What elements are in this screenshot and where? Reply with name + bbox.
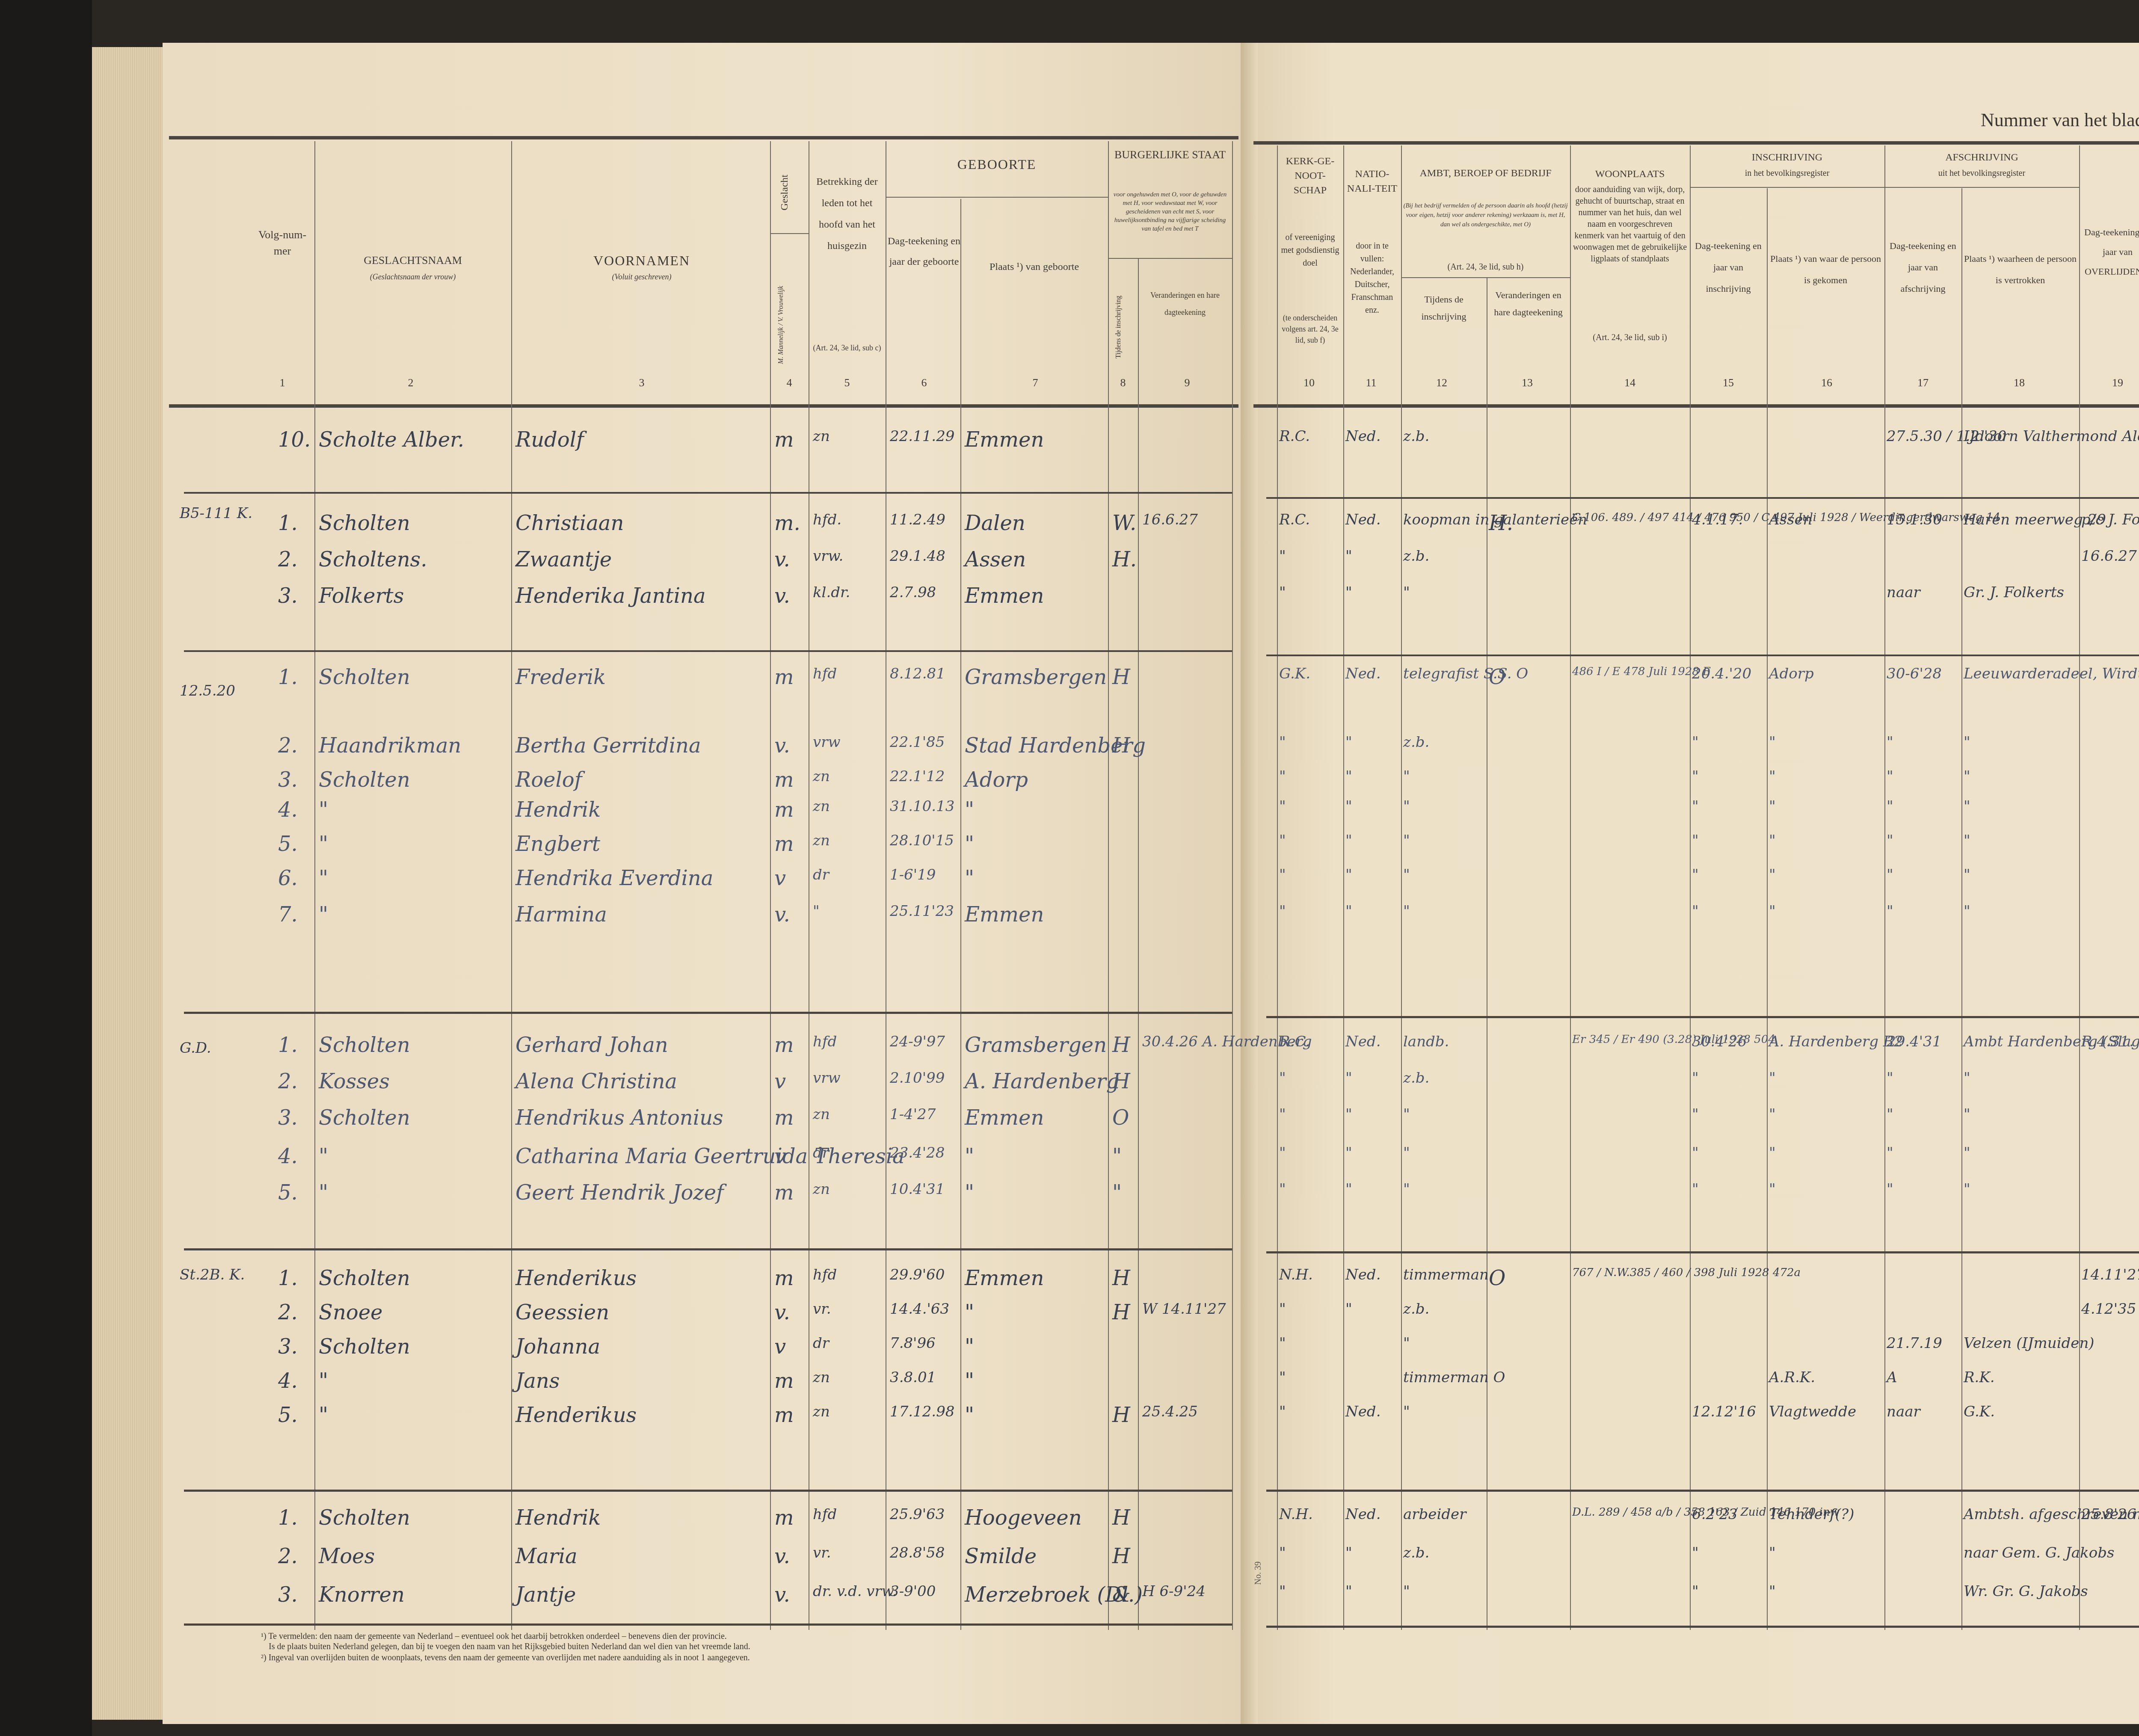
entry-geslacht: v. xyxy=(774,1544,790,1568)
entry-geboorteplaats: Gramsbergen xyxy=(965,665,1107,689)
entry-overleden: 4.12'35 xyxy=(2081,1301,2136,1318)
group-separator xyxy=(1266,1490,2139,1492)
col-number: 11 xyxy=(1363,376,1380,389)
col3-subtitle: (Voluit geschreven) xyxy=(513,269,770,285)
entry-betrekking: zn xyxy=(813,832,830,849)
col-number: 2 xyxy=(402,376,419,389)
entry-voornamen: Harmina xyxy=(515,903,607,927)
entry-geslacht: m xyxy=(774,1266,794,1290)
entry-voornamen: Catharina Maria Geertruida Theresia xyxy=(515,1144,905,1168)
entry-nr: 5. xyxy=(278,1403,298,1427)
group-separator xyxy=(184,1490,1232,1492)
entry-beroep: " xyxy=(1403,1403,1410,1420)
entry-kerk: " xyxy=(1279,903,1286,920)
entry-geslacht: m xyxy=(774,1506,794,1530)
entry-kerk: " xyxy=(1279,1106,1286,1123)
entry-geslacht: v. xyxy=(774,903,790,927)
entry-geboortedatum: 10.4'31 xyxy=(890,1181,945,1198)
afschrijving-header: AFSCHRIJVING xyxy=(1887,150,2077,165)
register-spread: Nummer van het blad Volg-num-mer GESLACH… xyxy=(0,0,2139,1736)
entry-kerk: " xyxy=(1279,1335,1286,1352)
entry-nat: " xyxy=(1345,1544,1352,1561)
entry-overleden: 16.6.27 xyxy=(2081,548,2137,565)
entry-achternaam: " xyxy=(319,1144,328,1168)
entry-geboortedatum: 1-4'27 xyxy=(890,1106,936,1123)
col-divider xyxy=(1487,278,1487,1630)
entry-inschr-plaats: " xyxy=(1769,866,1776,883)
entry-geslacht: v xyxy=(774,866,786,890)
entry-afschr-plaats: G.K. xyxy=(1964,1403,1995,1420)
entry-geboorteplaats: Adorp xyxy=(965,768,1028,792)
book-cover-left xyxy=(0,0,92,1736)
entry-voornamen: Roelof xyxy=(515,768,582,792)
entry-geboorteplaats: Emmen xyxy=(965,903,1044,927)
geslacht-subrule xyxy=(770,233,809,234)
col4-header: Geslacht xyxy=(776,154,794,231)
burgerlijke-staat-header: BURGERLIJKE STAAT xyxy=(1110,148,1230,162)
entry-kerk: " xyxy=(1279,584,1286,601)
entry-beroep: z.b. xyxy=(1403,1544,1429,1561)
entry-inschr-datum: " xyxy=(1692,1144,1699,1161)
entry-inschr-plaats: " xyxy=(1769,798,1776,815)
entry-nr: 2. xyxy=(278,1544,298,1568)
entry-nat: " xyxy=(1345,768,1352,785)
col-number: 15 xyxy=(1720,376,1737,389)
entry-beroep: " xyxy=(1403,1181,1410,1198)
entry-geboortedatum: 2.10'99 xyxy=(890,1069,945,1087)
entry-beroep: " xyxy=(1403,768,1410,785)
entry-geboorteplaats: " xyxy=(965,1335,974,1359)
entry-inschr-datum: " xyxy=(1692,903,1699,920)
entry-achternaam: Haandrikman xyxy=(319,734,461,758)
entry-afschr-plaats: IJdoorn Valthermond Ale 79. xyxy=(1964,428,2139,445)
entry-staat-wijz: 25.4.25 xyxy=(1142,1403,1198,1420)
entry-afschr-plaats: Velzen (IJmuiden) xyxy=(1964,1335,2095,1352)
col-divider xyxy=(1343,145,1344,1630)
entry-kerk: " xyxy=(1279,548,1286,565)
entry-kerk: N.H. xyxy=(1279,1266,1313,1283)
entry-afschr-datum: 21.7.19 xyxy=(1887,1335,1942,1352)
col-number: 9 xyxy=(1179,376,1196,389)
entry-staat: H xyxy=(1112,665,1130,689)
col14-subtitle: door aanduiding van wijk, dorp, gehucht … xyxy=(1572,184,1688,265)
entry-betrekking: dr xyxy=(813,1335,829,1352)
entry-beroep: telegrafist S.S. O xyxy=(1403,665,1528,682)
entry-nat: " xyxy=(1345,1181,1352,1198)
entry-inschr-plaats: " xyxy=(1769,832,1776,849)
entry-beroep: " xyxy=(1403,1106,1410,1123)
entry-kerk: N.H. xyxy=(1279,1506,1313,1523)
entry-nr: 2. xyxy=(278,1069,298,1093)
entry-inschr-plaats: " xyxy=(1769,1583,1776,1600)
col2-header: GESLACHTSNAAM (Geslachtsnaam der vrouw) xyxy=(317,252,509,285)
entry-geboorteplaats: Dalen xyxy=(965,511,1025,535)
entry-achternaam: Scholten xyxy=(319,1506,410,1530)
entry-staat: H xyxy=(1112,1033,1130,1057)
col-divider xyxy=(2079,145,2080,1630)
entry-voornamen: Hendrikus Antonius xyxy=(515,1106,723,1130)
col17-header: Dag-teekening en jaar van afschrijving xyxy=(1887,235,1959,299)
entry-afschr-datum: 30-6'28 xyxy=(1887,665,1942,682)
entry-afschr-datum: " xyxy=(1887,1106,1893,1123)
entry-voornamen: Maria xyxy=(515,1544,578,1568)
entry-achternaam: Kosses xyxy=(319,1069,390,1093)
entry-geboortedatum: 3.8.01 xyxy=(890,1369,936,1386)
entry-beroep: landb. xyxy=(1403,1033,1449,1050)
entry-staat: " xyxy=(1112,1144,1122,1168)
col1-header: Volg-num-mer xyxy=(257,227,308,259)
col5-subtitle: (Art. 24, 3e lid, sub c) xyxy=(811,342,883,353)
col-divider xyxy=(809,141,809,1630)
col-divider xyxy=(960,199,961,1630)
entry-voornamen: Jans xyxy=(515,1369,560,1393)
col10-subtitle: of vereeniging met godsdienstig doel xyxy=(1279,231,1341,270)
entry-beroep: " xyxy=(1403,903,1410,920)
entry-kerk: " xyxy=(1279,768,1286,785)
entry-geboorteplaats: Emmen xyxy=(965,428,1044,452)
col-number: 1 xyxy=(274,376,291,389)
entry-inschr-datum: " xyxy=(1692,1069,1699,1087)
entry-nr: 7. xyxy=(278,903,298,927)
entry-betrekking: vrw xyxy=(813,734,841,751)
entry-voornamen: Rudolf xyxy=(515,428,584,452)
entry-nat: " xyxy=(1345,1069,1352,1087)
col12-header: Tijdens de inschrijving xyxy=(1403,291,1484,325)
entry-afschr-plaats: " xyxy=(1964,1181,1970,1198)
entry-geslacht: m xyxy=(774,1403,794,1427)
entry-nat: " xyxy=(1345,1106,1352,1123)
entry-afschr-datum: " xyxy=(1887,768,1893,785)
inschrijving-subtitle: in het bevolkingsregister xyxy=(1692,167,1882,180)
col10-header: KERK-GE-NOOT-SCHAP xyxy=(1279,154,1341,198)
col-number: 14 xyxy=(1621,376,1638,389)
entry-kerk: " xyxy=(1279,1403,1286,1420)
entry-betrekking: hfd xyxy=(813,1033,837,1050)
entry-staat: O xyxy=(1112,1106,1129,1130)
entry-achternaam: Scholten xyxy=(319,1335,410,1359)
entry-beroep: z.b. xyxy=(1403,1301,1429,1318)
group-separator xyxy=(184,650,1232,652)
entry-kerk: " xyxy=(1279,734,1286,751)
entry-afschr-plaats: naar Gem. G. Jakobs xyxy=(1964,1544,2114,1561)
afschrijving-subrule xyxy=(1884,187,2079,188)
entry-voornamen: Geert Hendrik Jozef xyxy=(515,1181,724,1205)
ambt-subtitle: (Bij het bedrijf vermelden of de persoon… xyxy=(1403,201,1568,229)
group-separator xyxy=(184,1012,1232,1014)
footnote-2: ²) Ingeval van overlijden buiten de woon… xyxy=(261,1652,750,1663)
entry-voornamen: Alena Christina xyxy=(515,1069,677,1093)
entry-nr: 1. xyxy=(278,511,298,535)
ambt-subrule xyxy=(1401,277,1570,278)
entry-inschr-datum: 12.12'16 xyxy=(1692,1403,1756,1420)
entry-beroep-wijz: O xyxy=(1489,665,1505,689)
col14-art: (Art. 24, 3e lid, sub i) xyxy=(1572,332,1688,344)
entry-nat: " xyxy=(1345,584,1352,601)
entry-achternaam: " xyxy=(319,798,328,822)
entry-achternaam: " xyxy=(319,1403,328,1427)
col-number: 17 xyxy=(1914,376,1932,389)
col5-header: Betrekking der leden tot het hoofd van h… xyxy=(811,171,883,257)
col14-header: WOONPLAATS xyxy=(1572,167,1688,181)
entry-nat: " xyxy=(1345,1301,1352,1318)
entry-geboorteplaats: Emmen xyxy=(965,584,1044,608)
entry-afschr-plaats: R.K. xyxy=(1964,1369,1995,1386)
entry-achternaam: " xyxy=(319,903,328,927)
entry-geboorteplaats: Emmen xyxy=(965,1106,1044,1130)
col-divider xyxy=(1401,145,1402,1630)
entry-inschr-plaats: A. Hardenberg B2 xyxy=(1769,1033,1903,1050)
entry-afschr-datum: A xyxy=(1887,1369,1897,1386)
entry-staat: H xyxy=(1112,1544,1130,1568)
entry-geslacht: m xyxy=(774,832,794,856)
entry-geboortedatum: 14.4.'63 xyxy=(890,1301,949,1318)
entry-nr: 3. xyxy=(278,1106,298,1130)
entry-staat: & xyxy=(1112,1583,1131,1607)
col19-header: Dag-teekening en jaar van OVERLIJDEN ²) xyxy=(2081,222,2139,281)
entry-kerk: G.K. xyxy=(1279,665,1310,682)
entry-achternaam: Folkerts xyxy=(319,584,404,608)
entry-beroep: " xyxy=(1403,832,1410,849)
entry-inschr-datum: " xyxy=(1692,798,1699,815)
entry-nat: Ned. xyxy=(1345,428,1381,445)
entry-inschr-plaats: " xyxy=(1769,734,1776,751)
entry-betrekking: dr xyxy=(813,1144,829,1161)
entry-geboorteplaats: " xyxy=(965,1144,974,1168)
entry-geslacht: m xyxy=(774,1181,794,1205)
entry-inschr-plaats: Adorp xyxy=(1769,665,1814,682)
entry-geboortedatum: 8.12.81 xyxy=(890,665,945,682)
col-number: 18 xyxy=(2011,376,2028,389)
entry-geboortedatum: 28.8'58 xyxy=(890,1544,945,1561)
entry-betrekking: " xyxy=(813,903,820,920)
col-divider xyxy=(886,141,886,1630)
col-divider xyxy=(770,141,771,1630)
entry-afschr-datum: " xyxy=(1887,734,1893,751)
entry-inschr-datum: " xyxy=(1692,734,1699,751)
footnote-1b: Is de plaats buiten Nederland gelegen, d… xyxy=(269,1641,750,1652)
entry-woonplaats: 767 / N.W.385 / 460 / 398 Juli 1928 472a xyxy=(1572,1266,1801,1279)
entry-overleden: 25.8'26 xyxy=(2081,1506,2136,1523)
group-separator xyxy=(1266,1016,2139,1018)
entry-geboortedatum: 24-9'97 xyxy=(890,1033,945,1050)
entry-nat: Ned. xyxy=(1345,1403,1381,1420)
entry-inschr-plaats: " xyxy=(1769,768,1776,785)
entry-afschr-datum: naar xyxy=(1887,1403,1920,1420)
entry-geslacht: v. xyxy=(774,548,790,572)
entry-geboorteplaats: " xyxy=(965,832,974,856)
entry-woonplaats: 486 I / E 478 Juli 1928 E xyxy=(1572,665,1711,678)
entry-betrekking: hfd xyxy=(813,665,837,682)
entry-kerk: " xyxy=(1279,1301,1286,1318)
entry-achternaam: Scholte Alber. xyxy=(319,428,464,452)
entry-betrekking: zn xyxy=(813,1403,830,1420)
group-separator xyxy=(1266,1251,2139,1253)
entry-geboortedatum: 2.7.98 xyxy=(890,584,936,601)
col10-note: (te onderscheiden volgens art. 24, 3e li… xyxy=(1279,312,1341,346)
entry-nat: Ned. xyxy=(1345,1033,1381,1050)
col15-header: Dag-teekening en jaar van inschrijving xyxy=(1692,235,1765,299)
entry-geboortedatum: 28.10'15 xyxy=(890,832,954,849)
entry-geboorteplaats: Emmen xyxy=(965,1266,1044,1290)
entry-beroep: z.b. xyxy=(1403,734,1429,751)
entry-afschr-datum: " xyxy=(1887,798,1893,815)
entry-nat: " xyxy=(1345,734,1352,751)
entry-staat-wijz: W 14.11'27 xyxy=(1142,1301,1226,1318)
entry-voornamen: Frederik xyxy=(515,665,606,689)
col-number: 13 xyxy=(1519,376,1536,389)
entry-nat: " xyxy=(1345,866,1352,883)
entry-geboortedatum: 22.1'12 xyxy=(890,768,945,785)
entry-staat-wijz: 16.6.27 xyxy=(1142,511,1198,528)
col-divider xyxy=(1232,141,1233,1630)
col11-header: NATIO-NALI-TEIT xyxy=(1345,167,1399,196)
entry-achternaam: " xyxy=(319,1181,328,1205)
entry-geboorteplaats: Assen xyxy=(965,548,1026,572)
entry-geboortedatum: 3-9'00 xyxy=(890,1583,936,1600)
entry-nr: 6. xyxy=(278,866,298,890)
entry-inschr-datum: " xyxy=(1692,832,1699,849)
entry-betrekking: kl.dr. xyxy=(813,584,850,601)
entry-beroep: z.b. xyxy=(1403,428,1429,445)
entry-afschr-datum: " xyxy=(1887,1144,1893,1161)
burgerlijke-staat-subtitle: voor ongehuwden met O, voor de gehuwden … xyxy=(1110,190,1230,233)
col-number: 6 xyxy=(915,376,933,389)
entry-voornamen: Geessien xyxy=(515,1301,609,1324)
entry-voornamen: Bertha Gerritdina xyxy=(515,734,701,758)
entry-voornamen: Zwaantje xyxy=(515,548,612,572)
entry-beroep: timmerman xyxy=(1403,1266,1489,1283)
entry-afschr-plaats: " xyxy=(1964,768,1970,785)
entry-nat: " xyxy=(1345,548,1352,565)
entry-achternaam: Snoee xyxy=(319,1301,383,1324)
entry-geboortedatum: 7.8'96 xyxy=(890,1335,936,1352)
entry-achternaam: Scholten xyxy=(319,1033,410,1057)
book-spine xyxy=(1241,43,1258,1724)
entry-staat: H xyxy=(1112,1301,1130,1324)
col16-header: Plaats ¹) van waar de persoon is gekomen xyxy=(1769,248,1882,291)
col11-subtitle: door in te vullen: Nederlander, Duitsche… xyxy=(1345,240,1399,317)
entry-nat: " xyxy=(1345,798,1352,815)
table-bottom-rule xyxy=(184,1623,1232,1626)
entry-voornamen: Christiaan xyxy=(515,511,624,535)
entry-betrekking: zn xyxy=(813,1106,830,1123)
col-number: 10 xyxy=(1301,376,1318,389)
col-number: 5 xyxy=(838,376,856,389)
entry-afschr-plaats: Gr. J. Folkerts xyxy=(1964,584,2064,601)
entry-geboorteplaats: " xyxy=(965,798,974,822)
entry-afschr-plaats: Leeuwarderadeel, Wirdum xyxy=(1964,665,2139,682)
entry-geboortedatum: 22.11.29 xyxy=(890,428,954,445)
entry-inschr-plaats: " xyxy=(1769,903,1776,920)
entry-nat: Ned. xyxy=(1345,665,1381,682)
entry-geboorteplaats: Hoogeveen xyxy=(965,1506,1082,1530)
entry-overleden: p/c J. Folkerts. 16.6.27 xyxy=(2081,511,2139,528)
entry-achternaam: Scholten xyxy=(319,665,410,689)
col-divider xyxy=(1138,259,1139,1630)
col-number: 16 xyxy=(1818,376,1835,389)
entry-geboortedatum: 11.2.49 xyxy=(890,511,945,528)
entry-geboortedatum: 29.9'60 xyxy=(890,1266,945,1283)
entry-betrekking: vr. xyxy=(813,1544,831,1561)
col-divider xyxy=(1570,145,1571,1630)
entry-beroep-wijz: H. xyxy=(1489,511,1513,535)
sheet-number-label: Nummer van het blad xyxy=(1981,109,2139,131)
col7-header: Plaats ¹) van geboorte xyxy=(963,257,1106,277)
entry-beroep: " xyxy=(1403,1335,1410,1352)
entry-geboorteplaats: " xyxy=(965,1403,974,1427)
entry-staat: H xyxy=(1112,1506,1130,1530)
entry-nr: 10. xyxy=(278,428,311,452)
entry-staat: H xyxy=(1112,1403,1130,1427)
entry-kerk: " xyxy=(1279,1069,1286,1087)
entry-afschr-datum: 15.1.30 xyxy=(1887,511,1942,528)
entry-afschr-datum: " xyxy=(1887,903,1893,920)
geboorte-header: GEBOORTE xyxy=(888,156,1106,172)
entry-geslacht: m xyxy=(774,1369,794,1393)
entry-inschr-datum: 20.4.'20 xyxy=(1692,665,1751,682)
entry-inschr-plaats: " xyxy=(1769,1069,1776,1087)
entry-geslacht: m xyxy=(774,1033,794,1057)
entry-kerk: " xyxy=(1279,798,1286,815)
entry-geboortedatum: 23.4'28 xyxy=(890,1144,945,1161)
entry-geboorteplaats: Smilde xyxy=(965,1544,1037,1568)
entry-voornamen: Jantje xyxy=(515,1583,576,1607)
entry-achternaam: Scholten xyxy=(319,1106,410,1130)
entry-geslacht: v xyxy=(774,1144,786,1168)
entry-kerk: " xyxy=(1279,1144,1286,1161)
entry-geboortedatum: 17.12.98 xyxy=(890,1403,954,1420)
entry-inschr-datum: " xyxy=(1692,1544,1699,1561)
entry-nr: 2. xyxy=(278,734,298,758)
entry-geslacht: m xyxy=(774,768,794,792)
col6-header: Dag-teekening en jaar der geboorte xyxy=(888,231,960,272)
entry-inschr-plaats: " xyxy=(1769,1544,1776,1561)
entry-voornamen: Hendrik xyxy=(515,1506,601,1530)
entry-voornamen: Henderika Jantina xyxy=(515,584,706,608)
entry-geboorteplaats: Gramsbergen xyxy=(965,1033,1107,1057)
entry-nr: 3. xyxy=(278,1583,298,1607)
entry-kerk: " xyxy=(1279,1583,1286,1600)
col2-title: GESLACHTSNAAM xyxy=(317,252,509,269)
inschrijving-subrule xyxy=(1690,187,1884,188)
entry-nr: 4. xyxy=(278,1369,298,1393)
entry-voornamen: Engbert xyxy=(515,832,600,856)
col9-header: Veranderingen en hare dagteekening xyxy=(1140,287,1230,321)
entry-beroep-wijz: O xyxy=(1489,1266,1505,1290)
entry-nat: Ned. xyxy=(1345,1266,1381,1283)
entry-afschr-datum: " xyxy=(1887,1181,1893,1198)
entry-afschr-plaats: Wr. Gr. G. Jakobs xyxy=(1964,1583,2088,1600)
entry-inschr-datum: " xyxy=(1692,1181,1699,1198)
entry-kerk: R.C. xyxy=(1279,511,1310,528)
footnote-1a: ¹) Te vermelden: den naam der gemeente v… xyxy=(261,1631,727,1642)
entry-voornamen: Hendrik xyxy=(515,798,601,822)
entry-nr: 5. xyxy=(278,832,298,856)
group-margin-note: G.D. xyxy=(180,1040,211,1057)
entry-geslacht: m xyxy=(774,665,794,689)
entry-afschr-plaats: " xyxy=(1964,903,1970,920)
group-margin-note: B5-111 K. xyxy=(180,505,252,522)
entry-geboorteplaats: " xyxy=(965,1369,974,1393)
header-top-rule-right xyxy=(1253,141,2139,145)
geboorte-subrule xyxy=(886,197,1108,198)
entry-betrekking: dr xyxy=(813,866,829,883)
entry-nr: 5. xyxy=(278,1181,298,1205)
entry-inschr-plaats: " xyxy=(1769,1106,1776,1123)
entry-achternaam: Scholten xyxy=(319,1266,410,1290)
ambt-art: (Art. 24, 3e lid, sub h) xyxy=(1403,261,1568,273)
entry-afschr-plaats: " xyxy=(1964,832,1970,849)
